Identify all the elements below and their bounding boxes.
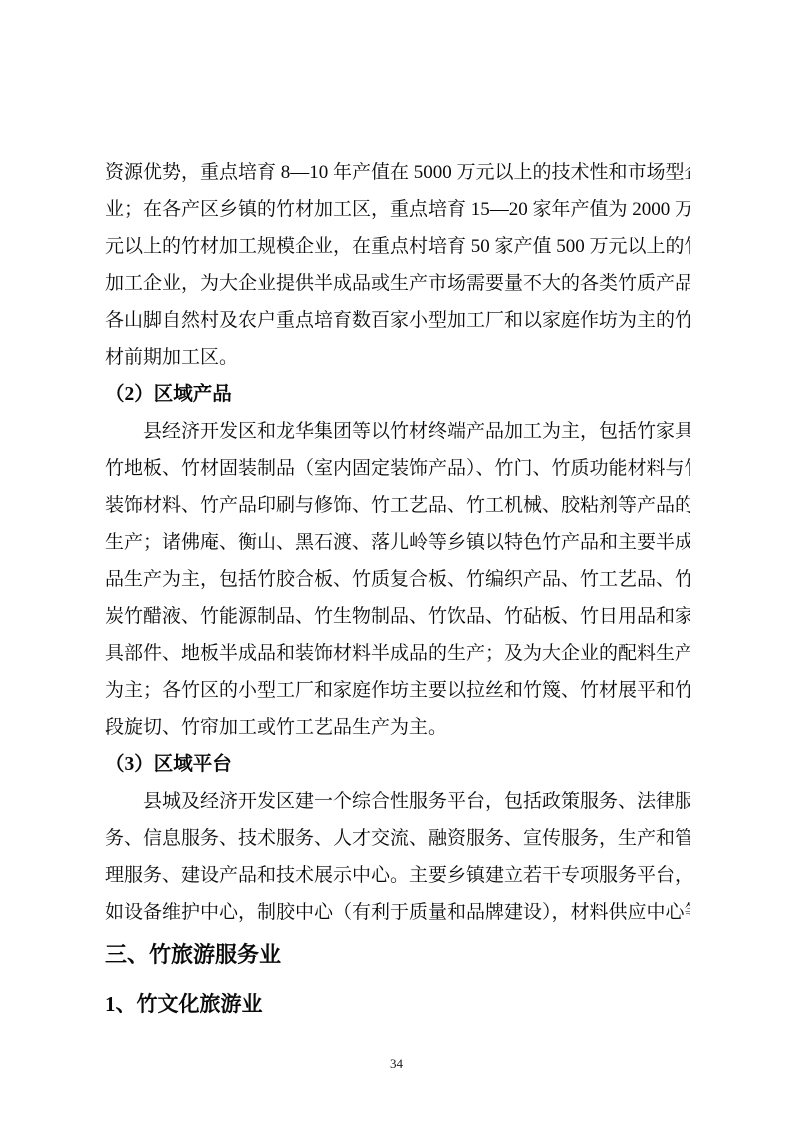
body-line: 加工企业，为大企业提供半成品或生产市场需要量不大的各类竹质产品； xyxy=(105,265,690,302)
body-line: 材前期加工区。 xyxy=(105,339,690,376)
page-number: 34 xyxy=(0,1056,793,1072)
body-line: 装饰材料、竹产品印刷与修饰、竹工艺品、竹工机械、胶粘剂等产品的 xyxy=(105,487,690,524)
body-line: 如设备维护中心，制胶中心（有利于质量和品牌建设），材料供应中心等。 xyxy=(105,894,690,931)
body-line: 各山脚自然村及农户重点培育数百家小型加工厂和以家庭作坊为主的竹 xyxy=(105,302,690,339)
heading-region-products: （2）区域产品 xyxy=(105,376,690,413)
body-line: 品生产为主，包括竹胶合板、竹质复合板、竹编织产品、竹工艺品、竹 xyxy=(105,561,690,598)
body-line: 县城及经济开发区建一个综合性服务平台，包括政策服务、法律服 xyxy=(105,783,690,820)
paragraph-3: 县城及经济开发区建一个综合性服务平台，包括政策服务、法律服 务、信息服务、技术服… xyxy=(105,783,690,931)
body-line: 务、信息服务、技术服务、人才交流、融资服务、宣传服务，生产和管 xyxy=(105,820,690,857)
body-line: 元以上的竹材加工规模企业，在重点村培育 50 家产值 500 万元以上的竹 xyxy=(105,228,690,265)
body-line: 具部件、地板半成品和装饰材料半成品的生产；及为大企业的配料生产 xyxy=(105,635,690,672)
body-line: 理服务、建设产品和技术展示中心。主要乡镇建立若干专项服务平台， xyxy=(105,857,690,894)
heading-bamboo-tourism-service: 三、竹旅游服务业 xyxy=(105,940,690,970)
body-line: 竹地板、竹材固装制品（室内固定装饰产品）、竹门、竹质功能材料与竹 xyxy=(105,450,690,487)
body-line: 县经济开发区和龙华集团等以竹材终端产品加工为主，包括竹家具、 xyxy=(105,413,690,450)
document-page: 资源优势，重点培育 8—10 年产值在 5000 万元以上的技术性和市场型企 业… xyxy=(0,0,793,1122)
paragraph-1: 资源优势，重点培育 8—10 年产值在 5000 万元以上的技术性和市场型企 业… xyxy=(105,154,690,376)
body-line: 炭竹醋液、竹能源制品、竹生物制品、竹饮品、竹砧板、竹日用品和家 xyxy=(105,598,690,635)
body-line: 业；在各产区乡镇的竹材加工区，重点培育 15—20 家年产值为 2000 万 xyxy=(105,191,690,228)
paragraph-2: 县经济开发区和龙华集团等以竹材终端产品加工为主，包括竹家具、 竹地板、竹材固装制… xyxy=(105,413,690,746)
body-line: 生产；诸佛庵、衡山、黑石渡、落儿岭等乡镇以特色竹产品和主要半成 xyxy=(105,524,690,561)
heading-bamboo-culture-tourism: 1、竹文化旅游业 xyxy=(105,989,690,1019)
body-line: 资源优势，重点培育 8—10 年产值在 5000 万元以上的技术性和市场型企 xyxy=(105,154,690,191)
heading-region-platform: （3）区域平台 xyxy=(105,746,690,783)
body-line: 为主；各竹区的小型工厂和家庭作坊主要以拉丝和竹篾、竹材展平和竹 xyxy=(105,672,690,709)
body-line: 段旋切、竹帘加工或竹工艺品生产为主。 xyxy=(105,709,690,746)
document-text-block: 资源优势，重点培育 8—10 年产值在 5000 万元以上的技术性和市场型企 业… xyxy=(105,154,690,1019)
